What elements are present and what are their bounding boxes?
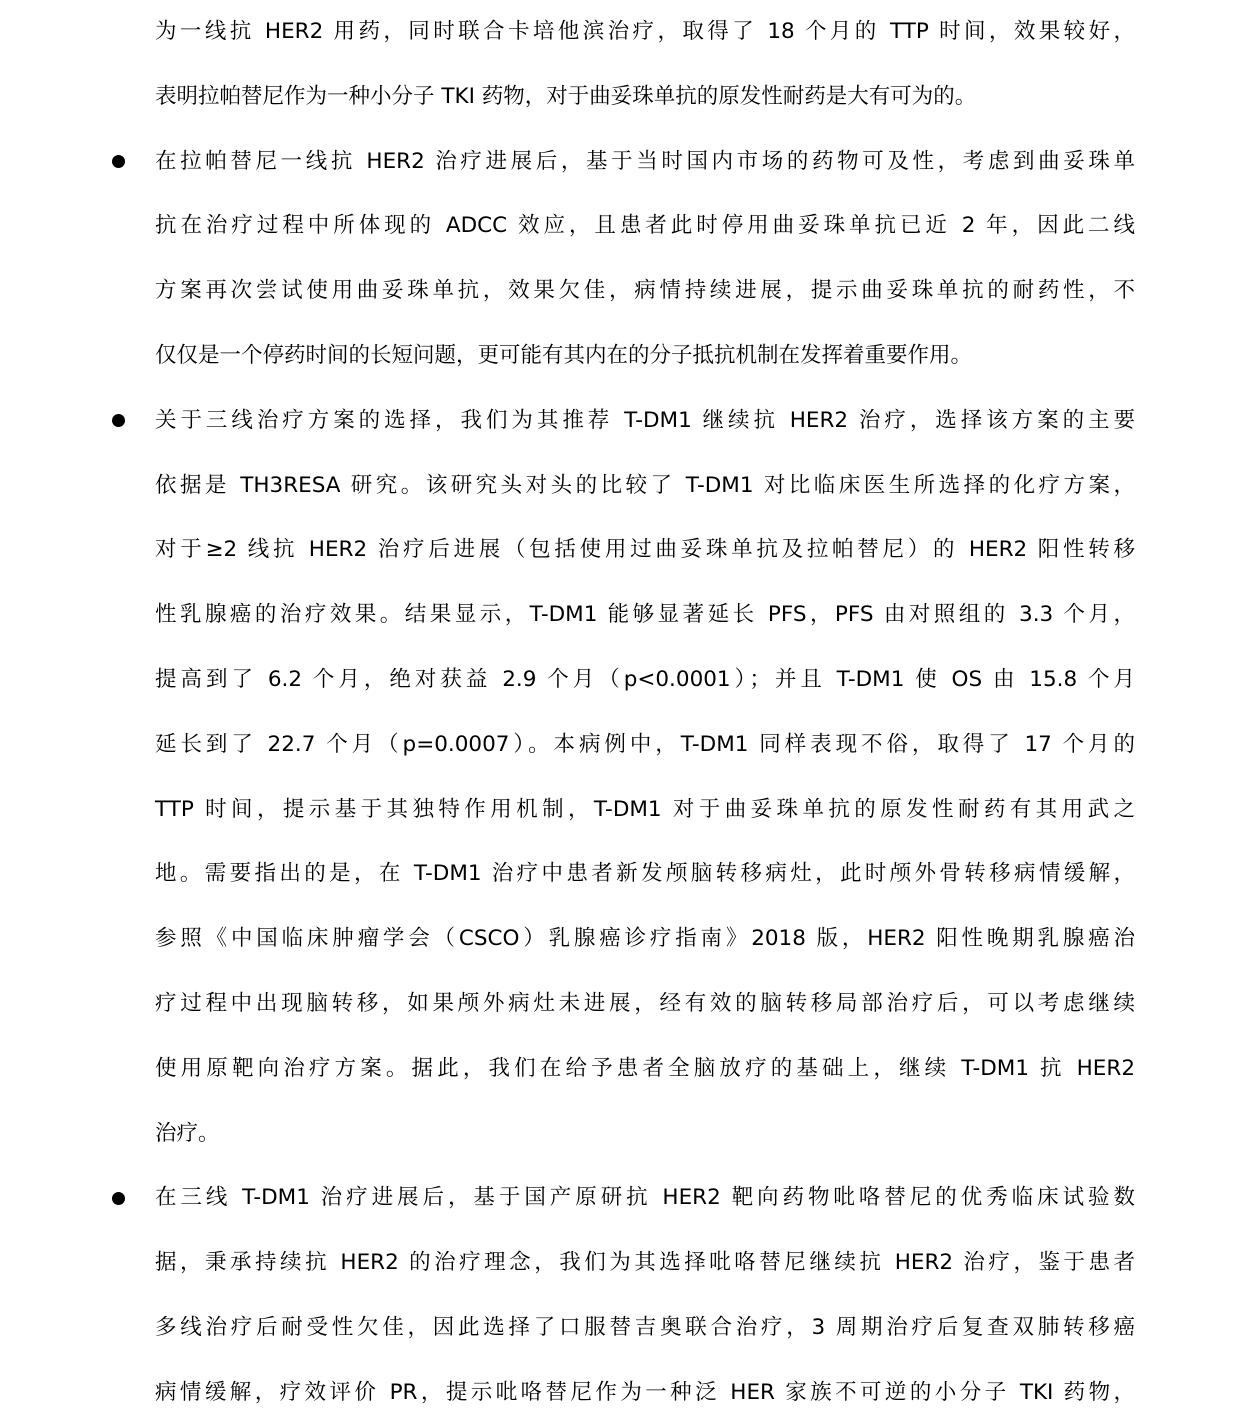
text-line: 据，秉承持续抗 HER2 的治疗理念，我们为其选择吡咯替尼继续抗 HER2 治疗… <box>155 1231 1135 1296</box>
text-line: 在拉帕替尼一线抗 HER2 治疗进展后，基于当时国内市场的药物可及性，考虑到曲妥… <box>155 130 1135 195</box>
text-line: 地。需要指出的是，在 T-DM1 治疗中患者新发颅脑转移病灶，此时颅外骨转移病情… <box>155 842 1135 907</box>
bullet-list-item: 在三线 T-DM1 治疗进展后，基于国产原研抗 HER2 靶向药物吡咯替尼的优秀… <box>155 1166 1135 1421</box>
document-body: 为一线抗 HER2 用药，同时联合卡培他滨治疗，取得了 18 个月的 TTP 时… <box>155 0 1135 1421</box>
text-line: 病情缓解，疗效评价 PR，提示吡咯替尼作为一种泛 HER 家族不可逆的小分子 T… <box>155 1361 1135 1421</box>
continuation-paragraph: 为一线抗 HER2 用药，同时联合卡培他滨治疗，取得了 18 个月的 TTP 时… <box>155 0 1135 130</box>
text-line: 性乳腺癌的治疗效果。结果显示，T-DM1 能够显著延长 PFS，PFS 由对照组… <box>155 583 1135 648</box>
text-line: 抗在治疗过程中所体现的 ADCC 效应，且患者此时停用曲妥珠单抗已近 2 年，因… <box>155 194 1135 259</box>
text-line: 多线治疗后耐受性欠佳，因此选择了口服替吉奥联合治疗，3 周期治疗后复查双肺转移癌 <box>155 1296 1135 1361</box>
bullet-icon <box>112 1192 125 1205</box>
bullet-list-item: 在拉帕替尼一线抗 HER2 治疗进展后，基于当时国内市场的药物可及性，考虑到曲妥… <box>155 130 1135 389</box>
text-line: 延长到了 22.7 个月（p=0.0007）。本病例中，T-DM1 同样表现不俗… <box>155 713 1135 778</box>
text-line: 对于≥2 线抗 HER2 治疗后进展（包括使用过曲妥珠单抗及拉帕替尼）的 HER… <box>155 518 1135 583</box>
text-line: 方案再次尝试使用曲妥珠单抗，效果欠佳，病情持续进展，提示曲妥珠单抗的耐药性，不 <box>155 259 1135 324</box>
text-line: 关于三线治疗方案的选择，我们为其推荐 T-DM1 继续抗 HER2 治疗，选择该… <box>155 389 1135 454</box>
text-line: 治疗。 <box>155 1102 1135 1167</box>
text-line: TTP 时间，提示基于其独特作用机制，T-DM1 对于曲妥珠单抗的原发性耐药有其… <box>155 778 1135 843</box>
text-line: 为一线抗 HER2 用药，同时联合卡培他滨治疗，取得了 18 个月的 TTP 时… <box>155 0 1135 65</box>
text-line: 表明拉帕替尼作为一种小分子 TKI 药物，对于曲妥珠单抗的原发性耐药是大有可为的… <box>155 65 1135 130</box>
text-line: 参照《中国临床肿瘤学会（CSCO）乳腺癌诊疗指南》2018 版，HER2 阳性晚… <box>155 907 1135 972</box>
text-line: 使用原靶向治疗方案。据此，我们在给予患者全脑放疗的基础上，继续 T-DM1 抗 … <box>155 1037 1135 1102</box>
bullet-icon <box>112 414 125 427</box>
bullet-icon <box>112 155 125 168</box>
bullet-list-item: 关于三线治疗方案的选择，我们为其推荐 T-DM1 继续抗 HER2 治疗，选择该… <box>155 389 1135 1167</box>
text-line: 疗过程中出现脑转移，如果颅外病灶未进展，经有效的脑转移局部治疗后，可以考虑继续 <box>155 972 1135 1037</box>
text-line: 依据是 TH3RESA 研究。该研究头对头的比较了 T-DM1 对比临床医生所选… <box>155 454 1135 519</box>
text-line: 仅仅是一个停药时间的长短问题，更可能有其内在的分子抵抗机制在发挥着重要作用。 <box>155 324 1135 389</box>
text-line: 提高到了 6.2 个月，绝对获益 2.9 个月（p<0.0001）；并且 T-D… <box>155 648 1135 713</box>
text-line: 在三线 T-DM1 治疗进展后，基于国产原研抗 HER2 靶向药物吡咯替尼的优秀… <box>155 1166 1135 1231</box>
document-page: 为一线抗 HER2 用药，同时联合卡培他滨治疗，取得了 18 个月的 TTP 时… <box>0 0 1240 1421</box>
